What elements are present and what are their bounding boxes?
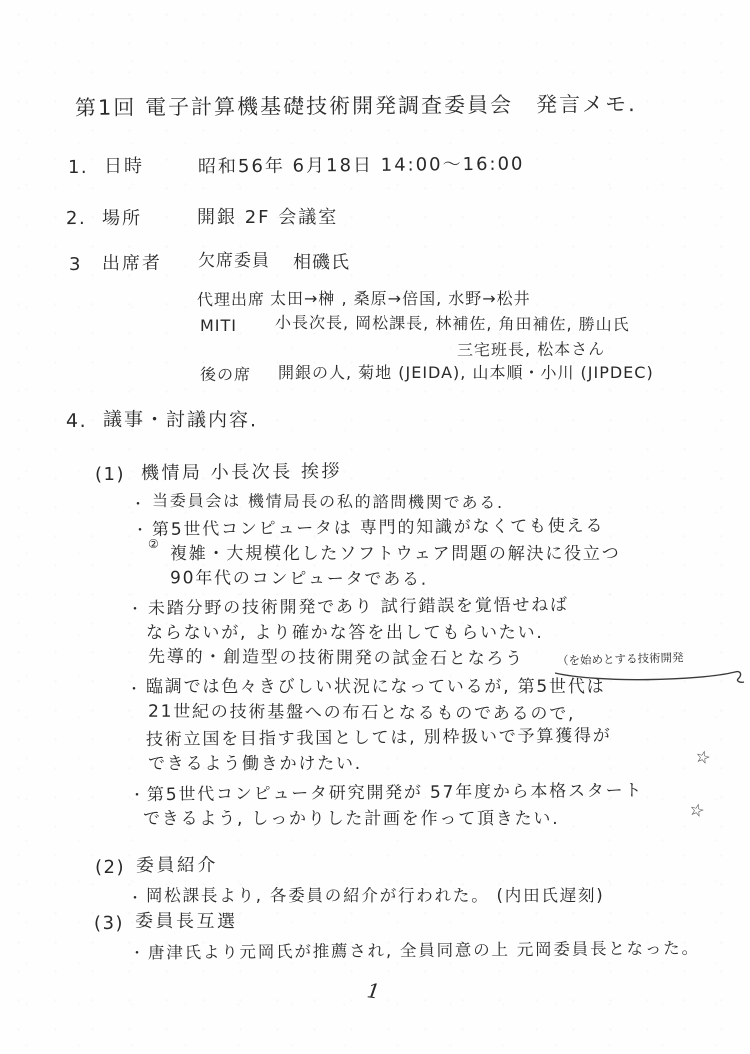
bullet5-line2: できるよう, しっかりした計画を作って頂きたい. bbox=[143, 811, 559, 828]
scanned-memo-page: 第1回 電子計算機基礎技術開発調査委員会 発言メモ. 1. 日時 昭和56年 6… bbox=[0, 0, 750, 1054]
attendee-row-label-absent: 欠席委員 bbox=[198, 253, 270, 270]
bullet2-line2: 複雑・大規模化したソフトウェア問題の解決に役立つ bbox=[170, 546, 621, 563]
bullet3-line2: ならないが, より確かな答を出してもらいたい. bbox=[146, 625, 544, 642]
bullet4-line3: 技術立国を目指す我国としては, 別枠扱いで予算獲得が bbox=[146, 728, 612, 749]
bullet2-line1: 第5世代コンピュータは 専門的知識がなくても使える bbox=[152, 518, 604, 539]
item2-value-place: 開銀 2F 会議室 bbox=[197, 209, 338, 227]
bullet-dot: ・ bbox=[131, 498, 147, 512]
bullet3-line3: 先導的・創造型の技術開発の試金石となろう bbox=[148, 649, 524, 668]
section2-title: 委員紹介 bbox=[136, 857, 218, 876]
item1-number: 1. bbox=[68, 159, 88, 177]
bullet3-line1: 未踏分野の技術開発であり 試行錯誤を覚悟せねば bbox=[148, 597, 569, 618]
item4-label-agenda: 議事・討議内容. bbox=[103, 411, 258, 431]
item3-label-attendees: 出席者 bbox=[102, 255, 162, 274]
attendee-row-value-backseats: 開銀の人, 菊地 (JEIDA), 山本順・小川 (JIPDEC) bbox=[278, 365, 654, 381]
section1-number: (1) bbox=[95, 466, 125, 484]
section3-title: 委員長互選 bbox=[135, 913, 238, 932]
section2-bullet-line1: 岡松課長より, 各委員の紹介が行われた。 (内田氏遅刻) bbox=[146, 888, 605, 905]
bullet5-line1: 第5世代コンピュータ研究開発が 57年度から本格スタート bbox=[147, 783, 643, 804]
item2-number: 2. bbox=[66, 210, 86, 228]
attendee-row-value-absent: 相磯氏 bbox=[293, 254, 350, 272]
bullet4-line2: 21世紀の技術基盤への布石となるものであるので, bbox=[148, 704, 575, 724]
attendee-row-value-miti-cont: 三宅班長, 松本さん bbox=[457, 341, 605, 358]
attendee-row-value-proxy: 太田→榊 , 桑原→倍国, 水野→松井 bbox=[270, 291, 531, 307]
bullet-dot: ・ bbox=[130, 789, 146, 803]
bullet4-line4: できるよう働きかけたい. bbox=[148, 756, 362, 773]
bullet-dot: ・ bbox=[133, 524, 149, 538]
attendee-row-value-miti: 小長次長, 岡松課長, 林補佐, 角田補佐, 勝山氏 bbox=[275, 315, 630, 333]
section2-number: (2) bbox=[95, 859, 125, 877]
bullet2-line3: 90年代のコンピュータである. bbox=[170, 570, 428, 589]
item3-number: 3 bbox=[69, 256, 82, 274]
attendee-row-label-proxy: 代理出席 bbox=[197, 292, 265, 309]
insert-circled-mark: ② bbox=[148, 538, 160, 550]
bullet-dot: ・ bbox=[130, 947, 146, 961]
item1-value-datetime: 昭和56年 6月18日 14:00〜16:00 bbox=[198, 156, 525, 177]
margin-star-mark: ☆ bbox=[687, 801, 707, 822]
bullet-dot: ・ bbox=[128, 892, 144, 906]
bullet1-line1: 当委員会は 機情局長の私的諮問機関である. bbox=[152, 493, 504, 511]
margin-star-mark: ☆ bbox=[693, 748, 713, 769]
item2-label-place: 場所 bbox=[102, 210, 142, 228]
section3-bullet-line1: 唐津氏より元岡氏が推薦され, 全員同意の上 元岡委員長となった。 bbox=[148, 941, 700, 962]
bullet-dot: ・ bbox=[127, 683, 143, 697]
bullet4-line1: 臨調では色々きびしい状況になっているが, 第5世代は bbox=[146, 679, 605, 696]
section1-title: 機情局 小長次長 挨拶 bbox=[141, 463, 342, 483]
item4-number: 4. bbox=[66, 412, 87, 431]
item1-label-datetime: 日時 bbox=[104, 158, 144, 176]
page-number: 1 bbox=[366, 980, 383, 1002]
section3-number: (3) bbox=[94, 915, 124, 933]
attendee-row-label-backseats: 後の席 bbox=[200, 367, 251, 383]
attendee-row-label-miti: MITI bbox=[200, 318, 237, 334]
bullet-dot: ・ bbox=[128, 603, 144, 617]
memo-title: 第1回 電子計算機基礎技術開発調査委員会 発言メモ. bbox=[75, 94, 637, 119]
